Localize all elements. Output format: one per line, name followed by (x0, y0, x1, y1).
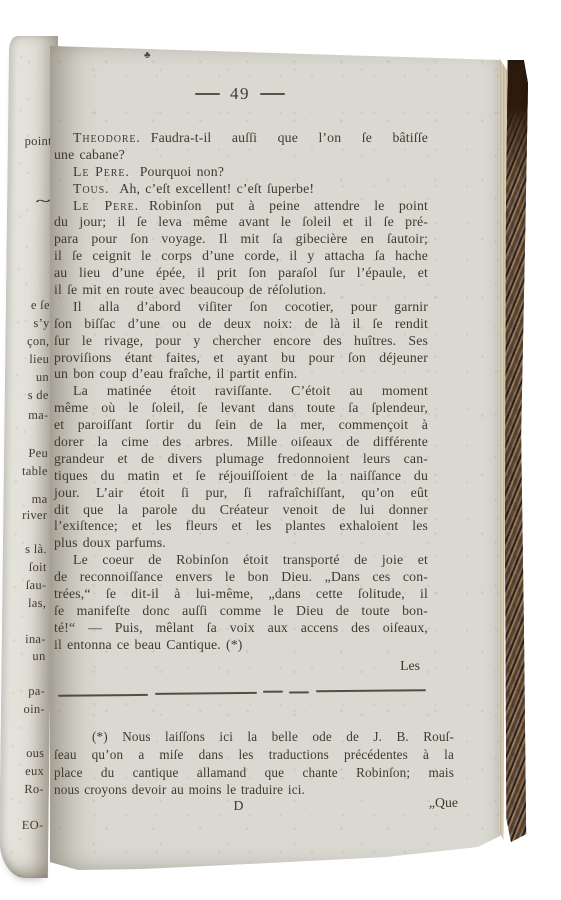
text-line: ſur le rivage, pour y chercher encore de… (54, 333, 428, 350)
page-header: 49 (54, 84, 426, 104)
text-line: tiques du matin et ſe réjouiſſoient de l… (54, 468, 428, 485)
rule-segment (289, 691, 309, 693)
facing-page-fragment: Ro- (24, 782, 44, 797)
facing-page-fragment: oin- (23, 702, 45, 717)
facing-page-fragment: s’y (33, 316, 49, 331)
text-line: jour. L’air étoit ſi pur, ſi rafraîchiſſ… (54, 485, 428, 502)
text-line: de reconnoiſſance envers le bon Dieu. „D… (54, 569, 428, 586)
footnote-separator-rule (58, 690, 426, 696)
text-line: il ſe ceignit le corps d’une corde, il y… (54, 248, 428, 265)
facing-page-fragment: pa- (28, 684, 45, 699)
footnote-line: place du cantique allamand que chante Ro… (54, 764, 454, 782)
rule-segment (155, 692, 257, 695)
facing-page-fragment: lieu (29, 352, 49, 367)
facing-page-fragment: ous (26, 746, 44, 761)
text-line: Le coeur de Robinſon étoit transporté de… (54, 552, 428, 569)
facing-page-fragment: eux (25, 764, 44, 779)
facing-page-fragment: s là. (25, 542, 47, 557)
main-page: ♣ 49 Theodore.Faudra-t-il auſſi que l’on… (50, 44, 500, 874)
text-line: trées,“ ſe dit-il à lui-même, „dans cett… (54, 586, 428, 603)
marbled-edge (505, 60, 528, 842)
text-line: ſon biſſac d’une ou de deux noix: de là … (54, 316, 428, 333)
text-line: une cabane? (54, 147, 428, 164)
text-line: ſe manifeſte donc auſſi comme le Dieu de… (54, 603, 428, 620)
footnote-line: nous croyons devoir au moins le traduire… (54, 781, 454, 799)
header-rule-left (195, 93, 220, 95)
facing-page-fragment: ma (32, 492, 48, 507)
facing-page-fragment: un (32, 649, 45, 664)
facing-page-fragment: ~ (36, 194, 51, 209)
text-line: proviſions étant faites, et ayant bu pou… (54, 350, 428, 367)
facing-page-fragment: ina- (25, 632, 46, 647)
text-line: dit que la parole du Créateur venoit de … (54, 502, 428, 519)
text-line: un bon coup d’eau fraîche, il partit enf… (54, 366, 428, 383)
footnote: (*) Nous laiſſons ici la belle ode de J.… (54, 728, 454, 799)
facing-page-fragment: point (25, 134, 52, 149)
text-line: dorer la cime des arbres. Mille oiſeaux … (54, 434, 428, 451)
text-line: té!“ — Puis, mêlant ſa voix aux accens d… (54, 620, 428, 637)
text-line: para pour ſon voyage. Il mit ſa gibecièr… (54, 231, 428, 248)
facing-page-fragment: ſoit (29, 560, 47, 575)
text-line: Theodore.Faudra-t-il auſſi que l’on ſe b… (54, 130, 428, 147)
rule-segment (316, 689, 426, 692)
speaker-label: Le Pere. (73, 198, 139, 213)
speaker-label: Theodore. (73, 130, 141, 145)
text-line: du jour; il ſe leva même avant le ſoleil… (54, 214, 428, 231)
speaker-label: Tous. (73, 181, 109, 196)
facing-page-fragment: e ſe (31, 298, 50, 313)
text-line: et paroiſſant ſortir du ſein de la mer, … (54, 417, 428, 434)
text-line: plus doux parfums. (54, 535, 428, 552)
header-rule-right (260, 93, 285, 95)
facing-page-fragment: Peu (28, 446, 48, 461)
text-line: il ſe mit en route avec beaucoup de réſo… (54, 282, 428, 299)
photo-background: point~e ſes’yçon,lieuuns dema-Peutablema… (0, 0, 561, 900)
catchword-bottom: „Que (429, 795, 458, 811)
text-line: Le Pere.Pourquoi non? (54, 164, 428, 181)
facing-page-fragment: river (22, 508, 47, 523)
text-line: grandeur et de divers plumage fredonnoie… (54, 451, 428, 468)
footnote-line: ſeau qu’on a miſe dans les traductions p… (54, 746, 454, 764)
text-line: il entonna ce beau Cantique. (*) (54, 637, 428, 654)
facing-page-fragment: çon, (27, 334, 50, 349)
facing-page-fragment: EO- (22, 818, 44, 833)
facing-page-sliver: point~e ſes’yçon,lieuuns dema-Peutablema… (0, 36, 58, 878)
text-line: l’exiſtence; et les fleurs et les plante… (54, 518, 428, 535)
text-line: au lieu d’une épée, il prit ſon paraſol … (54, 265, 428, 282)
text-line: Le Pere.Robinſon put à peine attendre le… (54, 198, 428, 215)
footnote-line: (*) Nous laiſſons ici la belle ode de J.… (54, 728, 454, 746)
fleuron-ornament-icon: ♣ (144, 50, 151, 61)
facing-page-fragment: un (36, 370, 49, 385)
facing-page-fragment: las, (28, 596, 46, 611)
text-line: Il alla d’abord viſiter ſon cocotier, po… (54, 299, 428, 316)
text-line: La matinée étoit raviſſante. C’étoit au … (54, 383, 428, 400)
rule-segment (263, 691, 283, 693)
facing-page-fragment: s de (28, 388, 49, 403)
facing-page-fragment: ma- (28, 408, 49, 423)
speaker-label: Le Pere. (73, 164, 130, 179)
signature-mark: D (54, 798, 424, 814)
catchword-top: Les (54, 658, 420, 674)
page-number: 49 (230, 84, 250, 103)
body-text: Theodore.Faudra-t-il auſſi que l’on ſe b… (54, 130, 428, 654)
facing-page-fragment: table (22, 464, 48, 479)
rule-segment (58, 694, 148, 697)
text-line: même où le ſoleil, ſe levant dans toute … (54, 400, 428, 417)
text-line: Tous.Ah, c’eſt excellent! c’eſt ſuperbe! (54, 181, 428, 198)
facing-page-fragment: ſau- (26, 578, 47, 593)
